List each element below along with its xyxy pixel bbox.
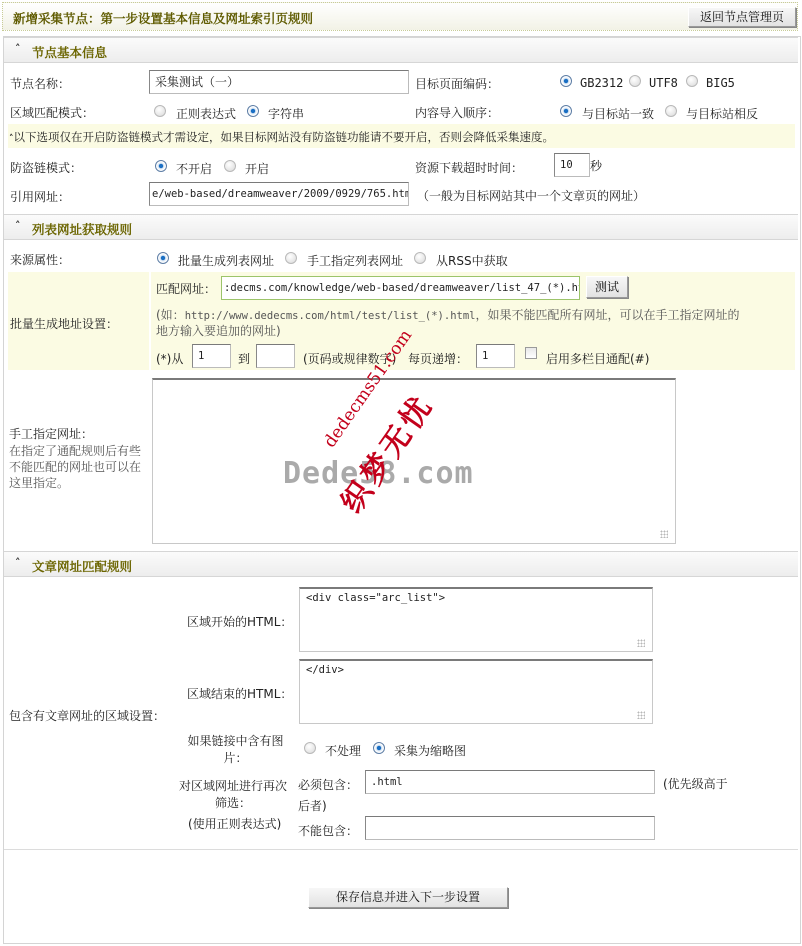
radio-source-batch[interactable] [157, 252, 169, 264]
start-html-label: 区域开始的HTML： [187, 613, 292, 630]
example-url: http://www.dedecms.com/html/test/list_(*… [185, 310, 476, 322]
match-mode-label: 区域匹配模式： [10, 104, 94, 121]
must-contain-label: 必须包含： [298, 776, 358, 793]
radio-string[interactable] [247, 105, 259, 117]
resize-grip-icon[interactable] [637, 639, 645, 647]
match-mode-string: 字符串 [268, 105, 304, 122]
node-name-input[interactable]: 采集测试（一） [149, 70, 409, 94]
source-label: 来源属性： [10, 251, 70, 268]
start-html-textarea[interactable]: <div class="arc_list"> [299, 587, 653, 652]
filter-label: 对区域网址进行再次筛选： [174, 778, 292, 812]
radio-regex[interactable] [154, 105, 166, 117]
section-article-header[interactable]: ˄ 文章网址匹配规则 [4, 551, 798, 577]
example-suffix: ，如果不能匹配所有网址，可以在手工指定网址的 [475, 308, 739, 322]
step-input[interactable]: 1 [476, 344, 515, 368]
filter-label-regex: (使用正则表达式) [188, 815, 281, 832]
match-url-input[interactable]: :decms.com/knowledge/web-based/dreamweav… [221, 276, 580, 300]
image-ignore: 不处理 [325, 742, 361, 759]
test-button[interactable]: 测试 [586, 276, 628, 298]
source-manual: 手工指定列表网址 [307, 252, 403, 269]
collapse-icon[interactable]: ˄ [15, 42, 21, 55]
from-input[interactable]: 1 [192, 344, 231, 368]
radio-same-order[interactable] [560, 105, 572, 117]
notice-message: 以下选项仅在开启防盗链模式才需设定，如果目标网站没有防盗链功能请不要开启，否则会… [14, 130, 555, 144]
radio-antileech-on[interactable] [224, 160, 236, 172]
radio-antileech-off[interactable] [155, 160, 167, 172]
section-title: 节点基本信息 [32, 43, 107, 61]
timeout-label: 资源下载超时时间： [415, 159, 523, 176]
referer-hint: （一般为目标网站其中一个文章页的网址） [417, 187, 645, 204]
end-html-textarea[interactable]: </div> [299, 659, 653, 724]
page-title: 新增采集节点：第一步设置基本信息及网址索引页规则 [13, 9, 313, 27]
end-html-label: 区域结束的HTML： [187, 685, 292, 702]
section-title: 列表网址获取规则 [32, 220, 132, 238]
referer-input[interactable]: e/web-based/dreamweaver/2009/0929/765.ht… [149, 182, 409, 206]
from-label: (*)从 [156, 350, 183, 367]
resize-grip-icon[interactable] [637, 711, 645, 719]
example-line-2: 地方输入要追加的网址) [156, 322, 281, 339]
section-list-header[interactable]: ˄ 列表网址获取规则 [4, 214, 798, 240]
node-name-label: 节点名称： [10, 75, 70, 92]
encoding-option-gb2312: GB2312 [580, 76, 623, 90]
antileech-off: 不开启 [176, 160, 212, 177]
encoding-label: 目标页面编码： [415, 75, 499, 92]
import-order-label: 内容导入顺序： [415, 104, 499, 121]
step-label: 每页递增： [408, 350, 468, 367]
referer-label: 引用网址： [10, 188, 70, 205]
multi-column-label: 启用多栏目通配(#) [546, 350, 649, 367]
radio-gb2312[interactable] [560, 75, 572, 87]
area-label: 包含有文章网址的区域设置： [9, 707, 165, 724]
timeout-input[interactable]: 10 [554, 153, 590, 177]
timeout-unit: 秒 [590, 157, 602, 174]
footer-divider [4, 849, 798, 850]
notice-text: ˄以下选项仅在开启防盗链模式才需设定，如果目标网站没有防盗链功能请不要开启，否则… [9, 129, 554, 145]
radio-source-rss[interactable] [414, 252, 426, 264]
resize-grip-icon[interactable] [660, 530, 668, 538]
radio-reverse-order[interactable] [665, 105, 677, 117]
collapse-icon[interactable]: ˄ [15, 556, 21, 569]
manual-title: 手工指定网址： [9, 425, 93, 442]
image-label: 如果链接中含有图片： [183, 733, 288, 767]
to-label: 到 [238, 350, 250, 367]
example-line-1: (如：http://www.dedecms.com/html/test/list… [156, 306, 740, 323]
page-header: 新增采集节点：第一步设置基本信息及网址索引页规则 返回节点管理页 [2, 2, 798, 31]
radio-big5[interactable] [686, 75, 698, 87]
source-batch: 批量生成列表网址 [178, 252, 274, 269]
image-thumb: 采集为缩略图 [394, 742, 466, 759]
must-contain-input[interactable]: .html [365, 770, 655, 794]
back-to-node-list-button[interactable]: 返回节点管理页 [688, 7, 796, 27]
source-rss: 从RSS中获取 [436, 252, 508, 269]
import-order-same: 与目标站一致 [582, 105, 654, 122]
save-next-button[interactable]: 保存信息并进入下一步设置 [308, 887, 508, 908]
match-mode-regex: 正则表达式 [176, 105, 236, 122]
section-title: 文章网址匹配规则 [32, 557, 132, 575]
example-prefix: (如： [156, 308, 185, 322]
match-url-label: 匹配网址： [156, 280, 216, 297]
batch-label: 批量生成地址设置： [10, 315, 118, 332]
collapse-icon[interactable]: ˄ [15, 219, 21, 232]
section-basic-header[interactable]: ˄ 节点基本信息 [4, 37, 798, 63]
to-input[interactable] [256, 344, 295, 368]
radio-source-manual[interactable] [285, 252, 297, 264]
not-contain-input[interactable] [365, 816, 655, 840]
radio-image-ignore[interactable] [304, 742, 316, 754]
radio-utf8[interactable] [629, 75, 641, 87]
radio-image-thumb[interactable] [373, 742, 385, 754]
import-order-reverse: 与目标站相反 [686, 105, 758, 122]
not-contain-label: 不能包含： [298, 822, 358, 839]
priority-hint-2: 后者) [298, 797, 327, 814]
encoding-option-utf8: UTF8 [649, 76, 678, 90]
priority-hint-1: (优先级高于 [663, 775, 728, 792]
encoding-option-big5: BIG5 [706, 76, 735, 90]
manual-desc: 在指定了通配规则后有些不能匹配的网址也可以在这里指定。 [9, 443, 144, 491]
multi-column-checkbox[interactable] [525, 347, 537, 359]
antileech-on: 开启 [245, 160, 269, 177]
antileech-label: 防盗链模式： [10, 159, 82, 176]
